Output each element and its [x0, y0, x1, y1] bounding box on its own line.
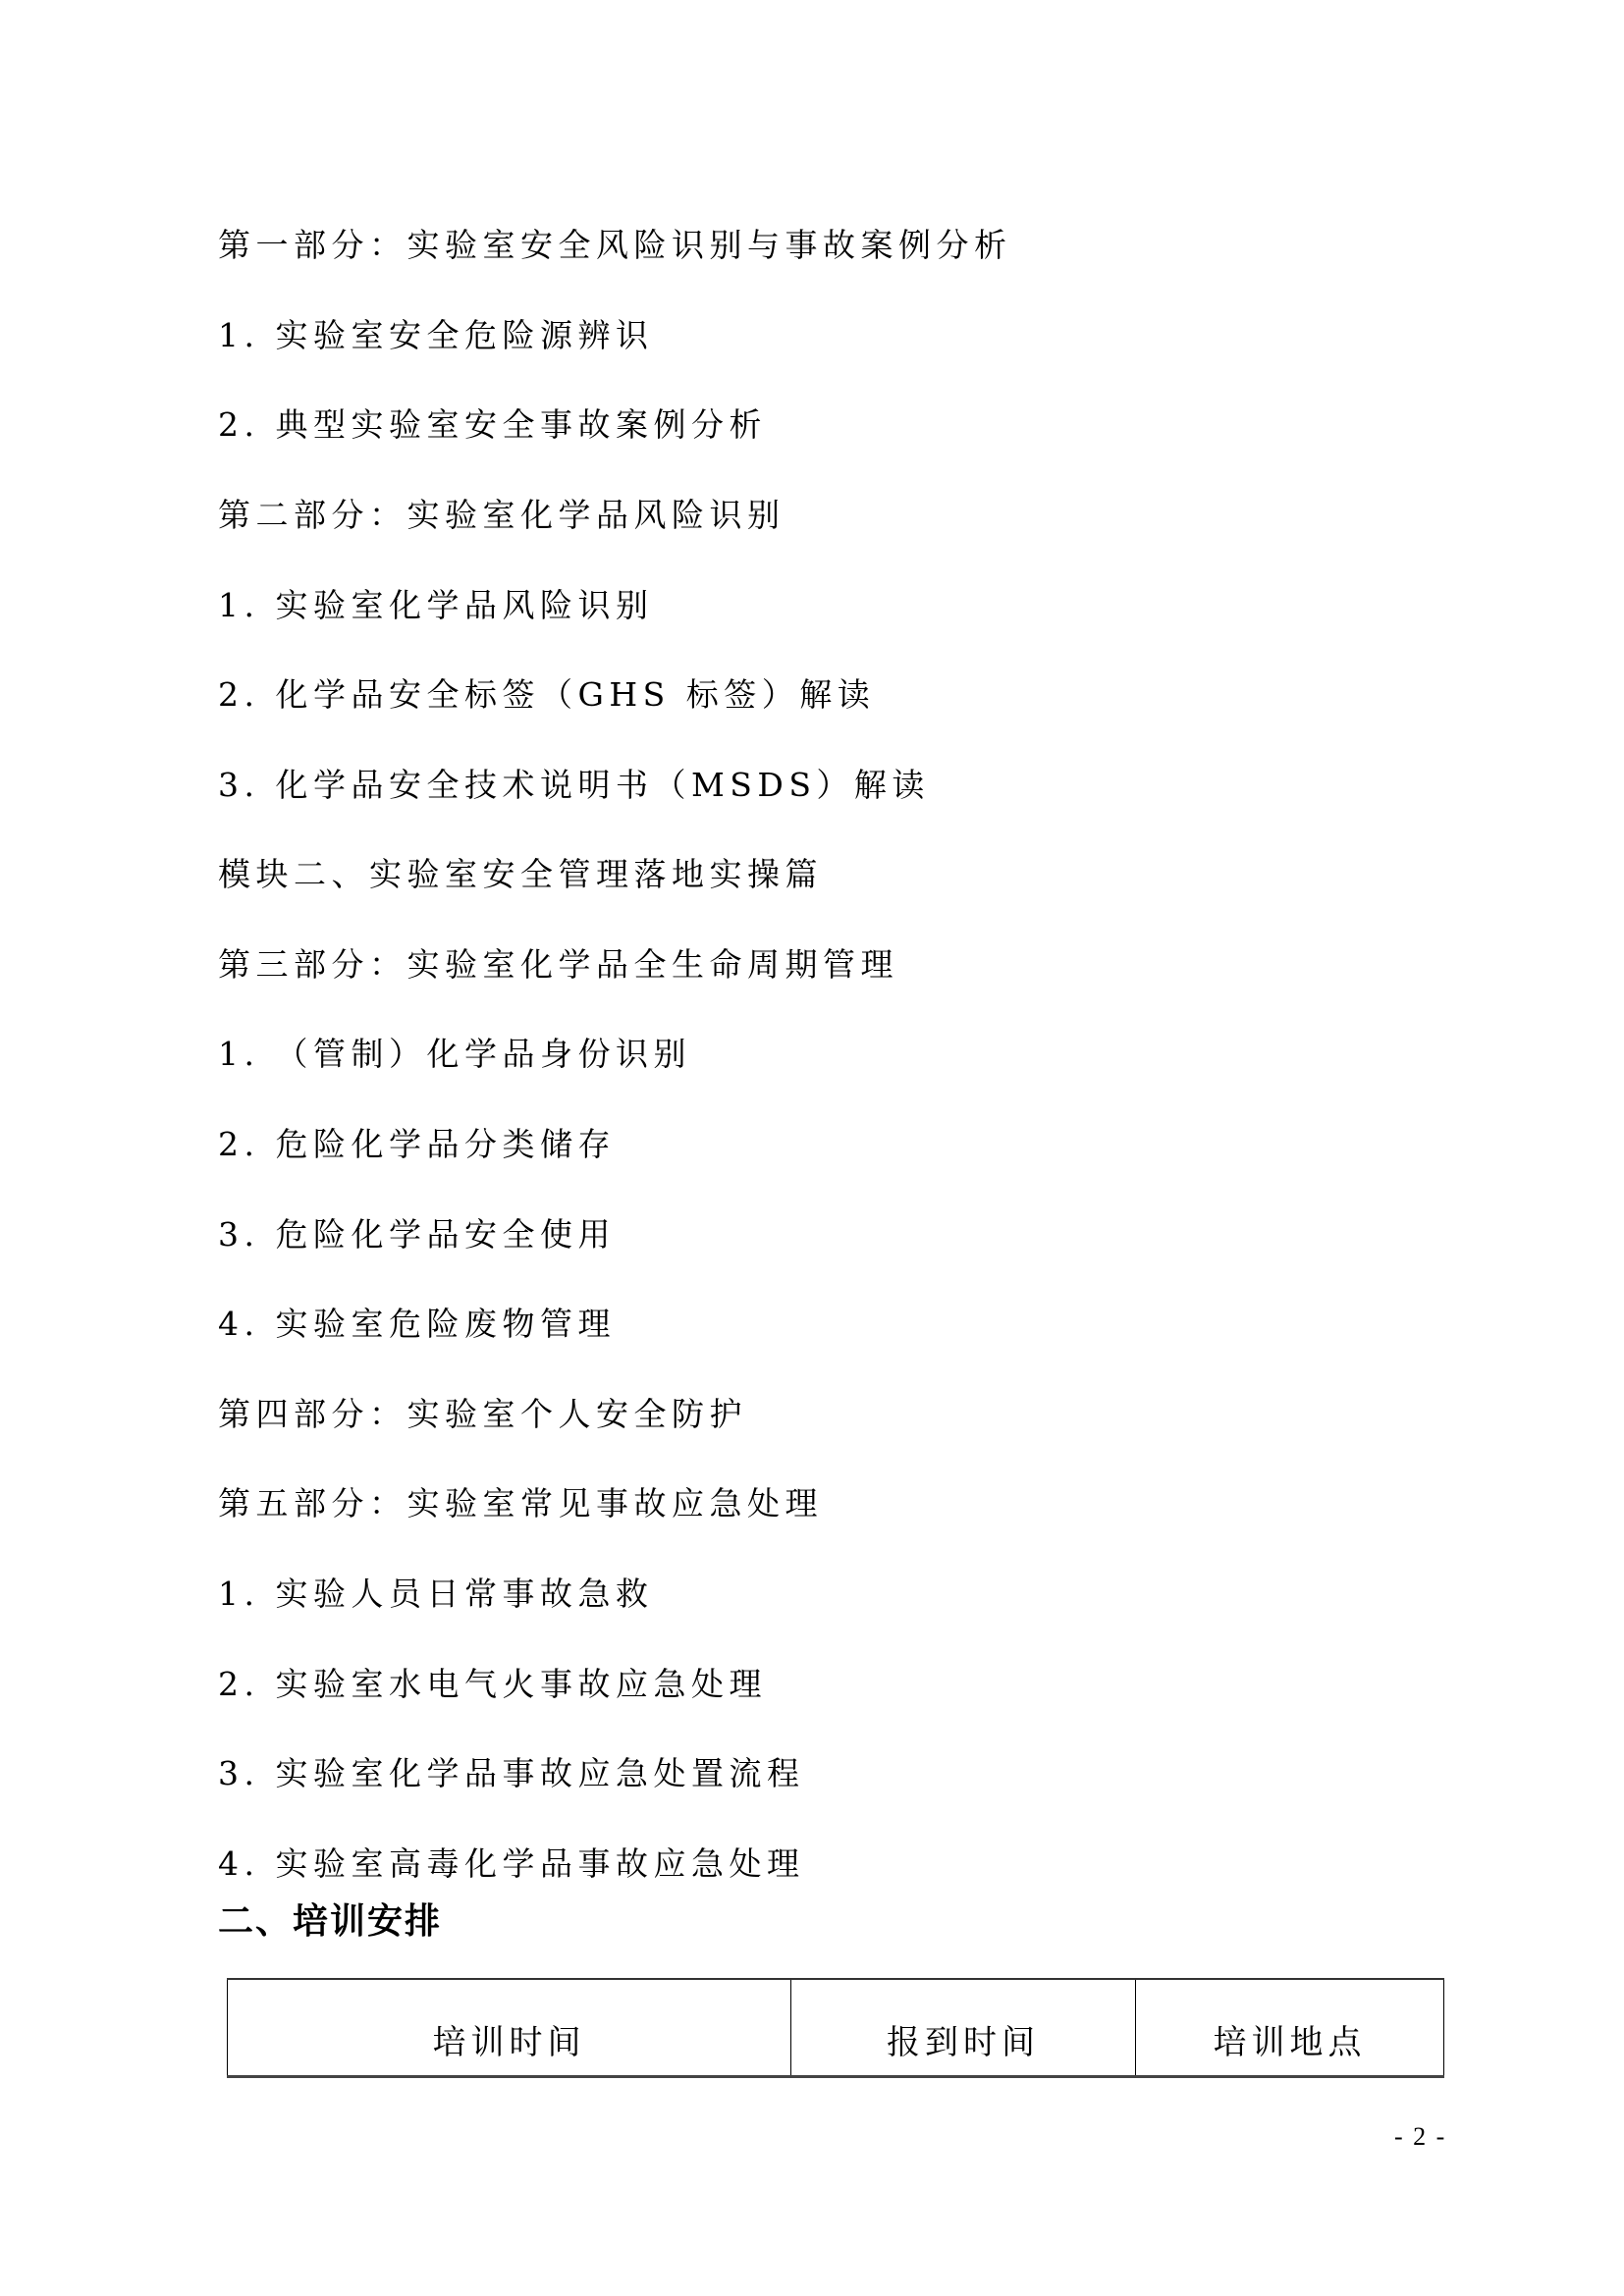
list-item: 3. 化学品安全技术说明书（MSDS）解读 [218, 766, 930, 805]
list-item: 4. 实验室高毒化学品事故应急处理 [218, 1844, 804, 1884]
list-item: 1. 实验人员日常事故急救 [218, 1575, 653, 1614]
part-heading: 第五部分：实验室常见事故应急处理 [218, 1484, 823, 1523]
section-heading: 二、培训安排 [218, 1900, 442, 1944]
list-item: 2. 实验室水电气火事故应急处理 [218, 1665, 767, 1704]
module-heading: 模块二、实验室安全管理落地实操篇 [218, 855, 823, 894]
list-item: 3. 实验室化学品事故应急处置流程 [218, 1754, 804, 1793]
table-header-row: 培训时间 报到时间 培训地点 [228, 1979, 1444, 2077]
list-item: 4. 实验室危险废物管理 [218, 1305, 616, 1344]
part-heading: 第三部分：实验室化学品全生命周期管理 [218, 945, 898, 985]
training-schedule-table: 培训时间 报到时间 培训地点 [227, 1978, 1444, 2078]
list-item: 2. 危险化学品分类储存 [218, 1125, 616, 1164]
list-item: 1. （管制）化学品身份识别 [218, 1035, 691, 1074]
list-item: 2. 化学品安全标签（GHS 标签）解读 [218, 675, 875, 715]
header-training-time: 培训时间 [228, 1979, 791, 2077]
list-item: 1. 实验室化学品风险识别 [218, 586, 653, 625]
header-training-location: 培训地点 [1136, 1979, 1444, 2077]
part-heading: 第一部分：实验室安全风险识别与事故案例分析 [218, 226, 1012, 265]
part-heading: 第四部分：实验室个人安全防护 [218, 1395, 747, 1434]
header-checkin-time: 报到时间 [791, 1979, 1136, 2077]
list-item: 2. 典型实验室安全事故案例分析 [218, 405, 767, 445]
part-heading: 第二部分：实验室化学品风险识别 [218, 496, 785, 535]
list-item: 3. 危险化学品安全使用 [218, 1215, 616, 1255]
list-item: 1. 实验室安全危险源辨识 [218, 316, 653, 355]
page-number: - 2 - [1394, 2122, 1446, 2152]
